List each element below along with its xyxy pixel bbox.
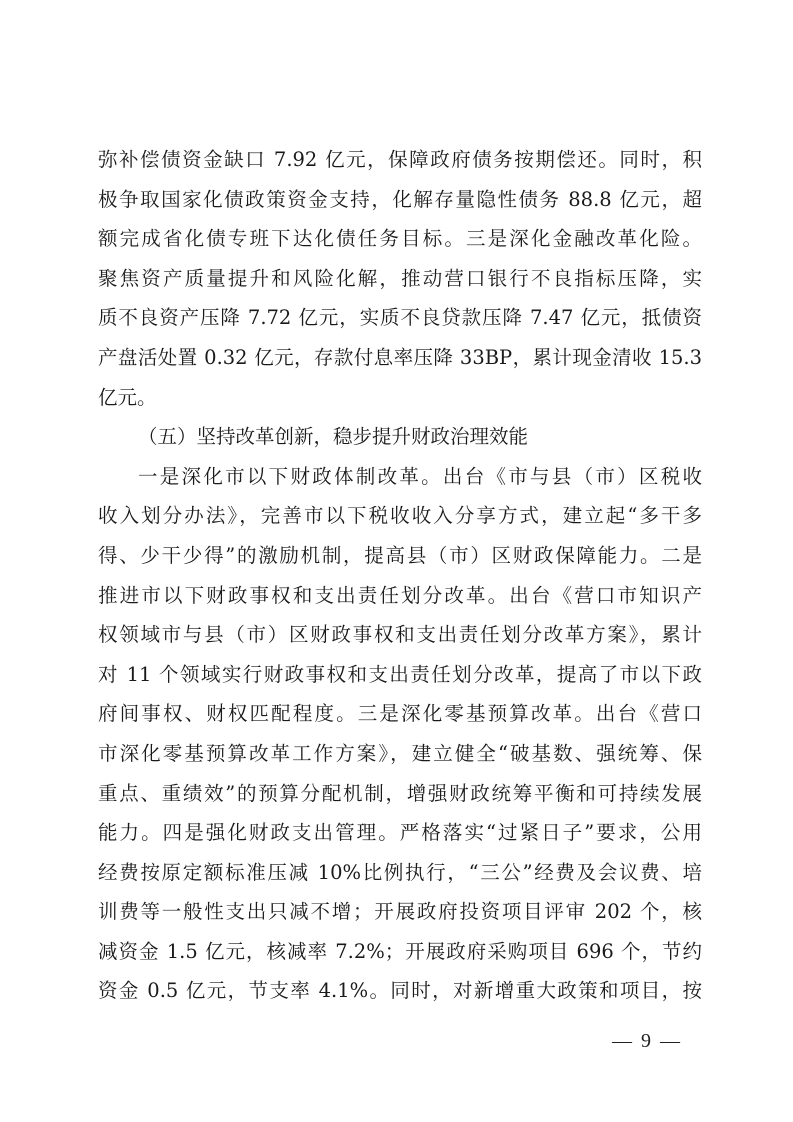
text-line: 得、少干少得”的激励机制，提高县（市）区财政保障能力。二是 (98, 536, 702, 576)
text-line: 经费按原定额标准压减 10%比例执行，“三公”经费及会议费、培 (98, 853, 702, 893)
section-heading: （五）坚持改革创新，稳步提升财政治理效能 (98, 417, 702, 457)
document-page: 弥补偿债资金缺口 7.92 亿元，保障政府债务按期偿还。同时，积 极争取国家化债… (0, 0, 793, 1122)
text-line: 亿元。 (98, 378, 702, 418)
text-line: 产盘活处置 0.32 亿元，存款付息率压降 33BP，累计现金清收 15.3 (98, 338, 702, 378)
text-line: 资金 0.5 亿元，节支率 4.1%。同时，对新增重大政策和项目，按 (98, 971, 702, 1011)
text-line: 市深化零基预算改革工作方案》，建立健全“破基数、强统筹、保 (98, 734, 702, 774)
text-line: 额完成省化债专班下达化债任务目标。三是深化金融改革化险。 (98, 219, 702, 259)
text-line: 收入划分办法》，完善市以下税收收入分享方式，建立起“多干多 (98, 496, 702, 536)
text-line: 权领域市与县（市）区财政事权和支出责任划分改革方案》，累计 (98, 615, 702, 655)
text-line: 一是深化市以下财政体制改革。出台《市与县（市）区税收 (98, 457, 702, 497)
text-line: 极争取国家化债政策资金支持，化解存量隐性债务 88.8 亿元，超 (98, 180, 702, 220)
text-line: 聚焦资产质量提升和风险化解，推动营口银行不良指标压降，实 (98, 259, 702, 299)
text-line: 减资金 1.5 亿元，核减率 7.2%；开展政府采购项目 696 个，节约 (98, 932, 702, 972)
page-number: — 9 — (612, 1030, 682, 1053)
text-line: 府间事权、财权匹配程度。三是深化零基预算改革。出台《营口 (98, 694, 702, 734)
text-line: 重点、重绩效”的预算分配机制，增强财政统筹平衡和可持续发展 (98, 774, 702, 814)
text-line: 训费等一般性支出只减不增；开展政府投资项目评审 202 个，核 (98, 892, 702, 932)
text-line: 质不良资产压降 7.72 亿元，实质不良贷款压降 7.47 亿元，抵债资 (98, 298, 702, 338)
text-line: 能力。四是强化财政支出管理。严格落实“过紧日子”要求，公用 (98, 813, 702, 853)
text-line: 弥补偿债资金缺口 7.92 亿元，保障政府债务按期偿还。同时，积 (98, 140, 702, 180)
text-line: 推进市以下财政事权和支出责任划分改革。出台《营口市知识产 (98, 576, 702, 616)
body-text: 弥补偿债资金缺口 7.92 亿元，保障政府债务按期偿还。同时，积 极争取国家化债… (98, 140, 702, 1011)
text-line: 对 11 个领域实行财政事权和支出责任划分改革，提高了市以下政 (98, 655, 702, 695)
